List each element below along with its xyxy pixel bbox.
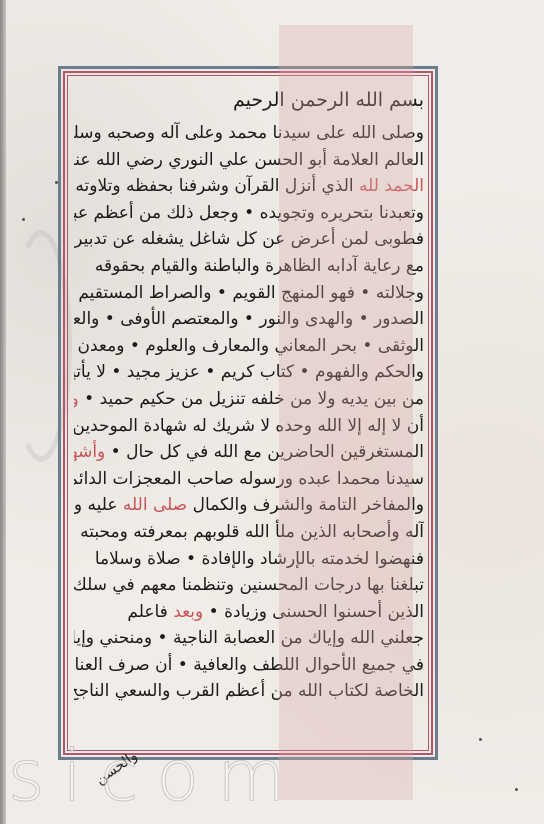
line-text: عليه وعلى [74,495,123,515]
paper-speck [55,181,58,184]
paper-speck [22,218,25,221]
rubric-heading: وأشهد أن [74,442,105,462]
rubric-heading: صلى الله [123,495,187,515]
binding-edge [0,0,6,824]
highlight-overlay [279,25,413,800]
paper-speck [515,788,518,791]
watermark: sicom [8,735,303,817]
paper-speck [479,738,482,741]
manuscript-page: بسم الله الرحمن الرحيم وصلى الله على سيد… [0,0,544,824]
line-text: فاعلم [127,602,173,622]
rubric-heading: وبعد [173,602,203,622]
